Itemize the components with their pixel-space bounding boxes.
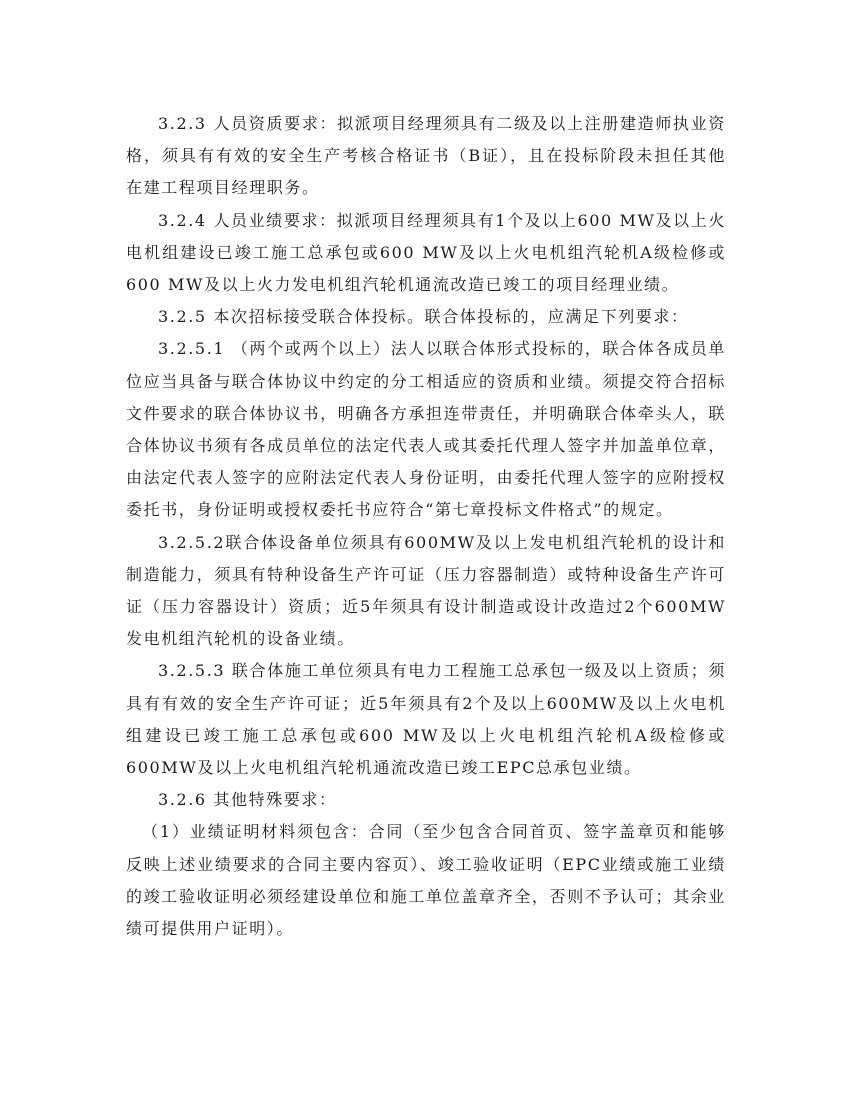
paragraph-3-2-3: 3.2.3 人员资质要求：拟派项目经理须具有二级及以上注册建造师执业资格，须具有… xyxy=(126,108,726,205)
paragraph-3-2-4: 3.2.4 人员业绩要求：拟派项目经理须具有1个及以上600 MW及以上火电机组… xyxy=(126,205,726,302)
paragraph-3-2-5-2: 3.2.5.2联合体设备单位须具有600MW及以上发电机组汽轮机的设计和制造能力… xyxy=(126,527,726,656)
paragraph-3-2-6: 3.2.6 其他特殊要求： xyxy=(126,784,726,816)
document-page: 3.2.3 人员资质要求：拟派项目经理须具有二级及以上注册建造师执业资格，须具有… xyxy=(126,108,726,945)
paragraph-3-2-5: 3.2.5 本次招标接受联合体投标。联合体投标的，应满足下列要求： xyxy=(126,301,726,333)
paragraph-3-2-5-3: 3.2.5.3 联合体施工单位须具有电力工程施工总承包一级及以上资质；须具有有效… xyxy=(126,655,726,784)
paragraph-3-2-6-item-1: （1）业绩证明材料须包含：合同（至少包含合同首页、签字盖章页和能够反映上述业绩要… xyxy=(126,816,726,945)
paragraph-3-2-5-1: 3.2.5.1 （两个或两个以上）法人以联合体形式投标的，联合体各成员单位应当具… xyxy=(126,333,726,526)
